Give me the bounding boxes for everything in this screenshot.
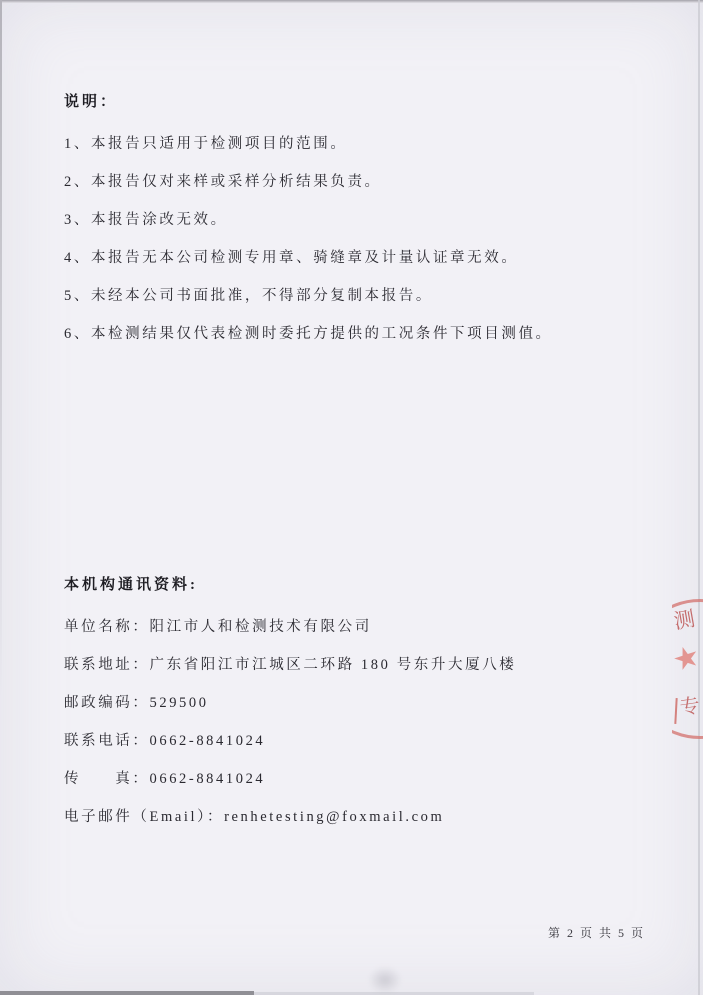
contact-section: 本机构通讯资料: 单位名称：阳江市人和检测技术有限公司 联系地址：广东省阳江市江… — [64, 573, 516, 836]
note-item-6: 6、本检测结果仅代表检测时委托方提供的工况条件下项目测值。 — [64, 315, 553, 353]
notes-heading: 说明： — [64, 90, 553, 111]
scan-smudge — [368, 966, 402, 994]
contact-heading: 本机构通讯资料: — [64, 573, 516, 594]
contact-line-phone: 联系电话：0662-8841024 — [64, 722, 516, 760]
note-item-3: 3、本报告涂改无效。 — [64, 201, 553, 239]
scan-edge-bottom-dark — [0, 991, 254, 995]
note-item-5: 5、未经本公司书面批准，不得部分复制本报告。 — [64, 277, 553, 315]
note-item-4: 4、本报告无本公司检测专用章、骑缝章及计量认证章无效。 — [64, 239, 553, 277]
stamp-character-top: 测 — [672, 608, 696, 632]
contact-line-postcode: 邮政编码：529500 — [64, 684, 516, 722]
paper-edge-right — [698, 0, 700, 995]
contact-line-email: 电子邮件（Email）：renhetesting@foxmail.com — [64, 798, 516, 836]
stamp-partial-stroke — [674, 698, 677, 724]
note-item-2: 2、本报告仅对来样或采样分析结果负责。 — [64, 163, 553, 201]
contact-line-company-name: 单位名称：阳江市人和检测技术有限公司 — [64, 608, 516, 646]
contact-line-address: 联系地址：广东省阳江市江城区二环路 180 号东升大厦八楼 — [64, 646, 516, 684]
notes-section: 说明： 1、本报告只适用于检测项目的范围。 2、本报告仅对来样或采样分析结果负责… — [64, 90, 553, 353]
contact-line-fax: 传 真：0662-8841024 — [64, 760, 516, 798]
scan-edge-top — [0, 0, 703, 3]
scanned-report-page: 说明： 1、本报告只适用于检测项目的范围。 2、本报告仅对来样或采样分析结果负责… — [0, 0, 703, 995]
note-item-1: 1、本报告只适用于检测项目的范围。 — [64, 125, 553, 163]
page-number: 第 2 页 共 5 页 — [548, 924, 645, 941]
scan-edge-left — [0, 0, 2, 995]
